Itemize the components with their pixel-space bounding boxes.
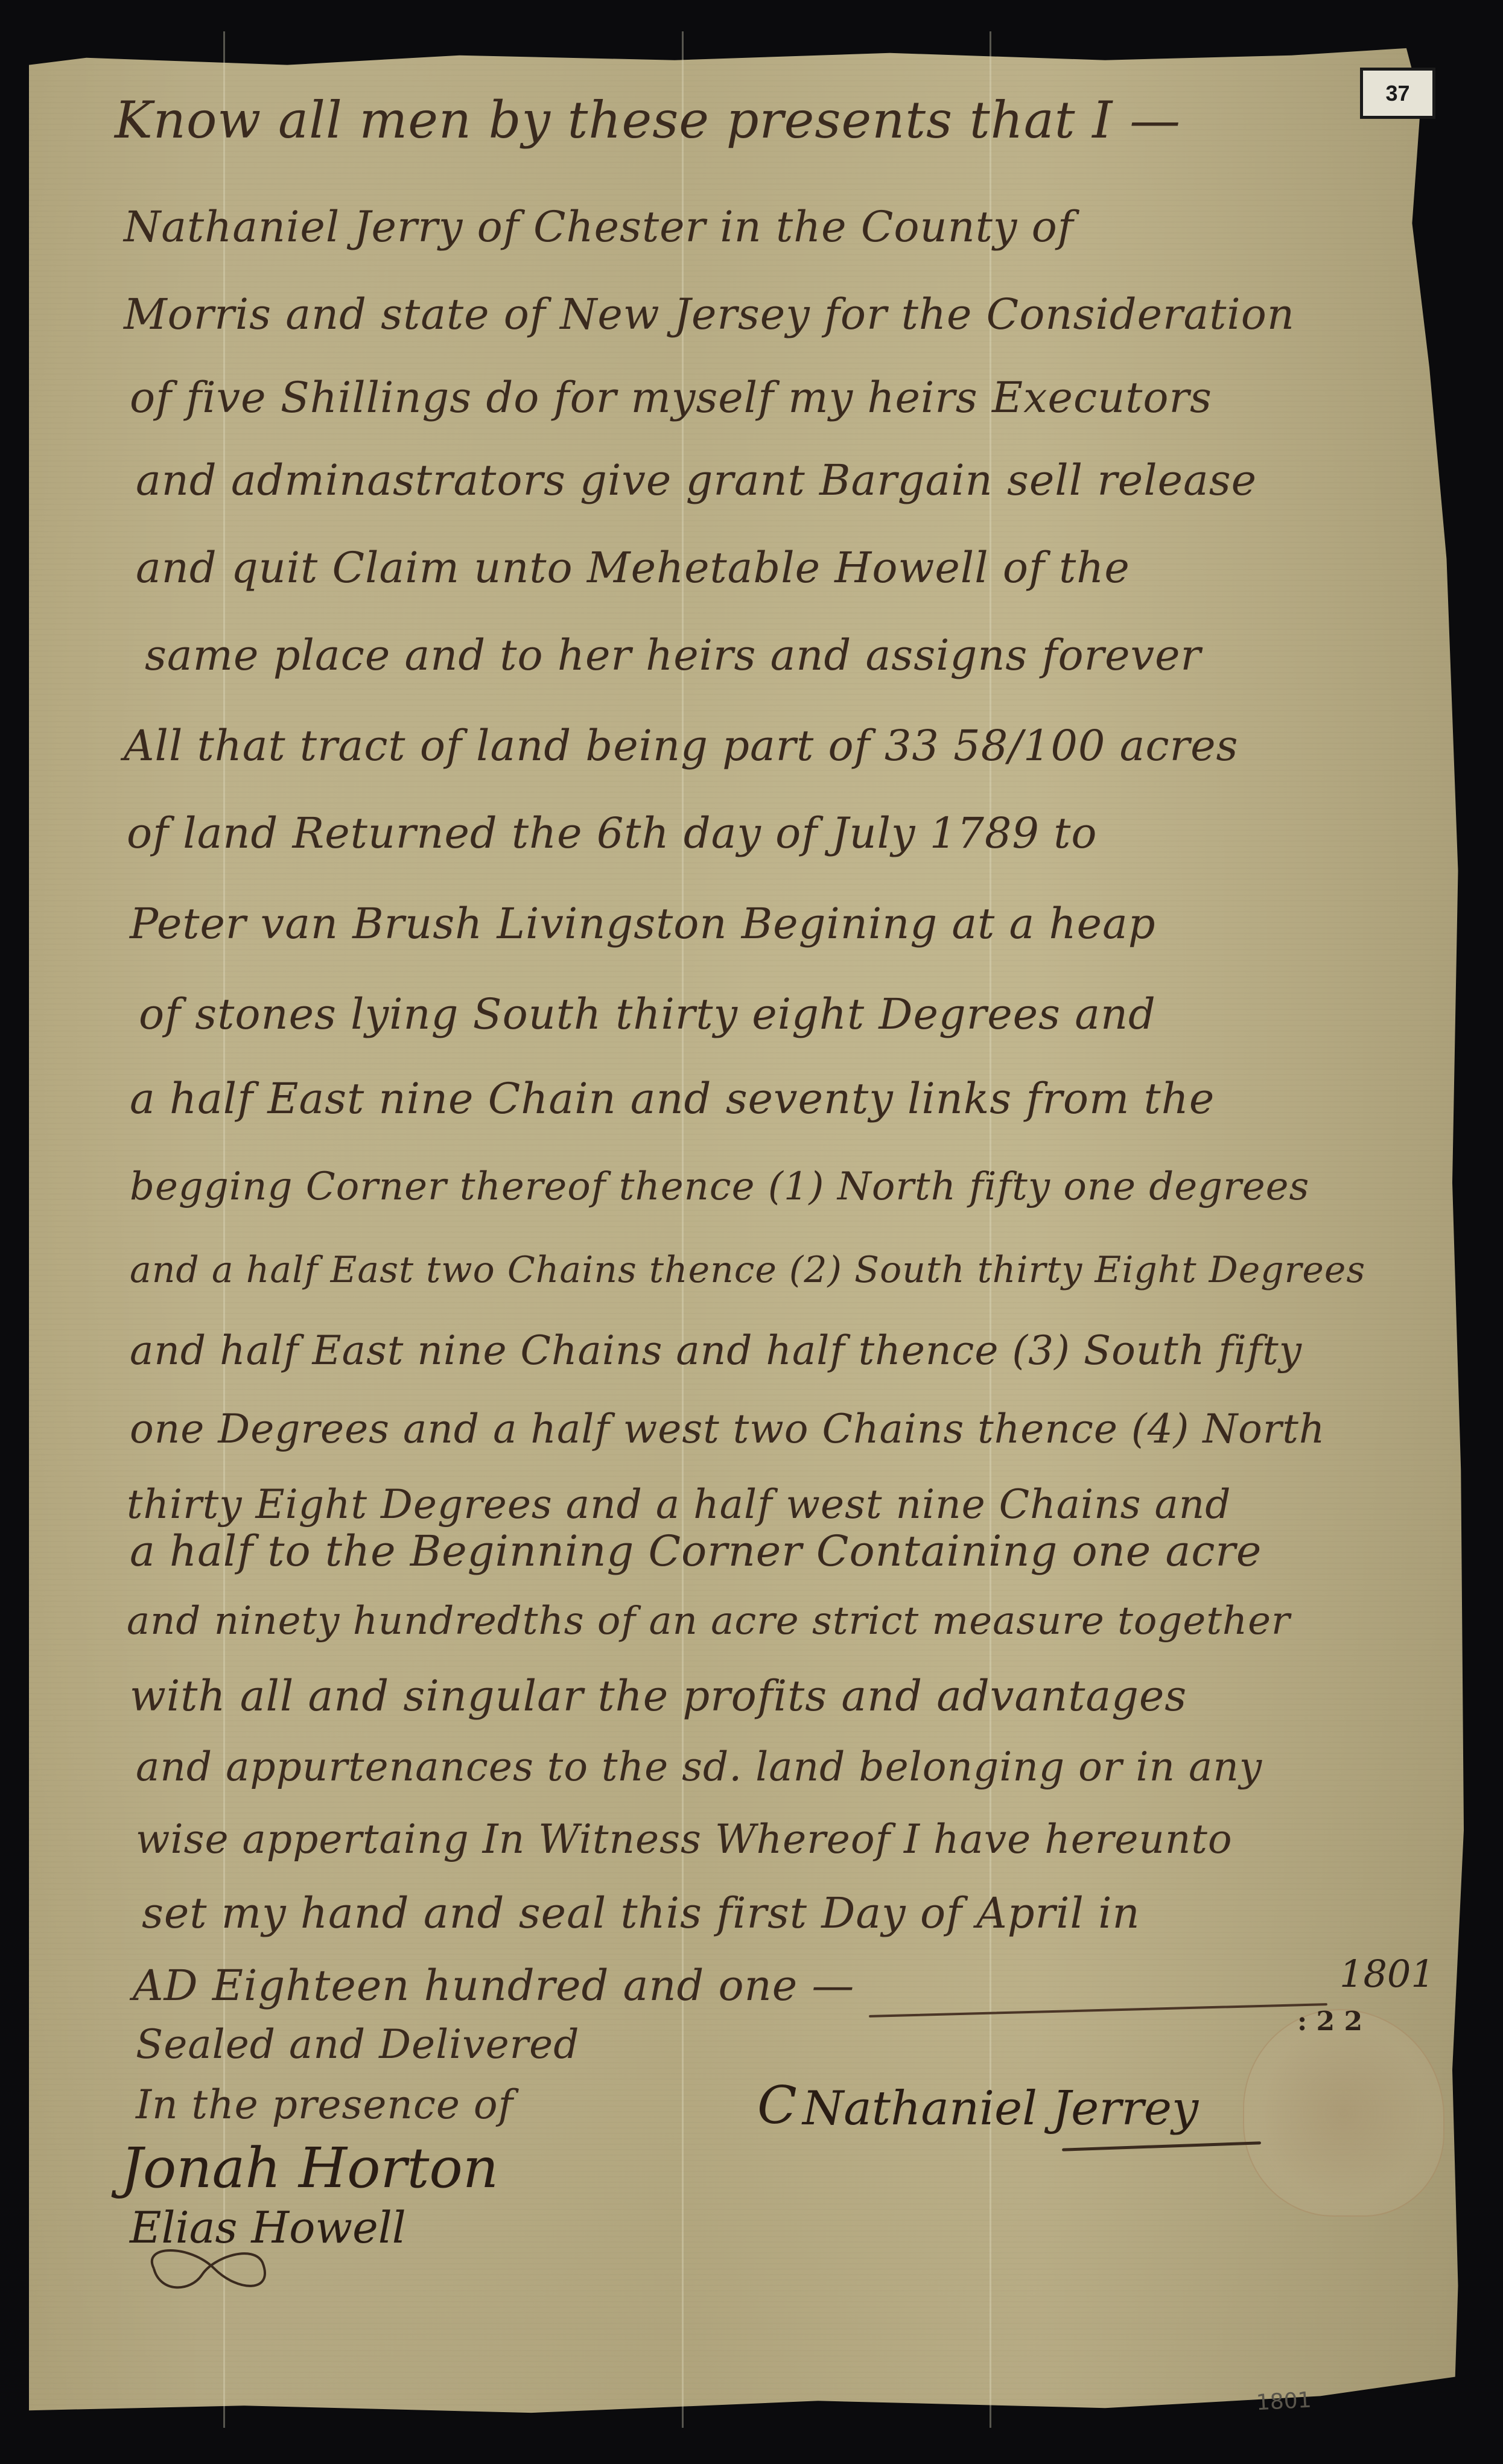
- body-line: and adminastrators give grant Bargain se…: [136, 456, 1257, 505]
- margin-year-note: 1801: [1339, 1952, 1435, 1996]
- body-line: Peter van Brush Livingston Begining at a…: [130, 899, 1156, 948]
- signature-prefix: C: [757, 2075, 797, 2136]
- body-line: of stones lying South thirty eight Degre…: [139, 989, 1156, 1039]
- body-line: of five Shillings do for myself my heirs…: [130, 373, 1212, 422]
- body-line: a half to the Beginning Corner Containin…: [130, 1526, 1262, 1576]
- seal-mark: : 2 2: [1297, 2006, 1362, 2037]
- body-line: of land Returned the 6th day of July 178…: [127, 808, 1097, 858]
- body-line: set my hand and seal this first Day of A…: [142, 1888, 1140, 1938]
- body-line: with all and singular the profits and ad…: [130, 1671, 1187, 1721]
- body-line: and a half East two Chains thence (2) So…: [130, 1249, 1365, 1291]
- body-line: All that tract of land being part of 33 …: [124, 721, 1238, 770]
- body-line: one Degrees and a half west two Chains t…: [130, 1406, 1325, 1452]
- page-number-label: 37: [1360, 68, 1435, 119]
- body-line: and ninety hundredths of an acre strict …: [127, 1599, 1291, 1643]
- body-line: Morris and state of New Jersey for the C…: [124, 290, 1295, 339]
- flourish-icon: [142, 2232, 287, 2305]
- body-line: a half East nine Chain and seventy links…: [130, 1074, 1215, 1123]
- sealed-and-delivered: Sealed and Delivered: [136, 2021, 580, 2068]
- body-line: AD Eighteen hundred and one —: [133, 1961, 854, 2010]
- page-number: 37: [1385, 81, 1409, 106]
- body-line: and half East nine Chains and half thenc…: [130, 1327, 1302, 1374]
- body-line: same place and to her heirs and assigns …: [145, 630, 1201, 680]
- in-presence-of: In the presence of: [136, 2081, 513, 2128]
- body-line: Nathaniel Jerry of Chester in the County…: [124, 202, 1074, 252]
- body-line: and quit Claim unto Mehetable Howell of …: [136, 543, 1130, 592]
- body-line: Know all men by these presents that I —: [115, 90, 1181, 150]
- body-line: wise appertaing In Witness Whereof I hav…: [136, 1816, 1233, 1862]
- body-line: begging Corner thereof thence (1) North …: [130, 1164, 1309, 1209]
- grantor-signature: Nathaniel Jerrey: [802, 2081, 1198, 2136]
- witness-signature: Jonah Horton: [121, 2136, 498, 2200]
- archival-pencil-note: 1801: [1256, 2388, 1312, 2416]
- body-line: and appurtenances to the sd. land belong…: [136, 1744, 1262, 1790]
- body-line: thirty Eight Degrees and a half west nin…: [127, 1481, 1231, 1528]
